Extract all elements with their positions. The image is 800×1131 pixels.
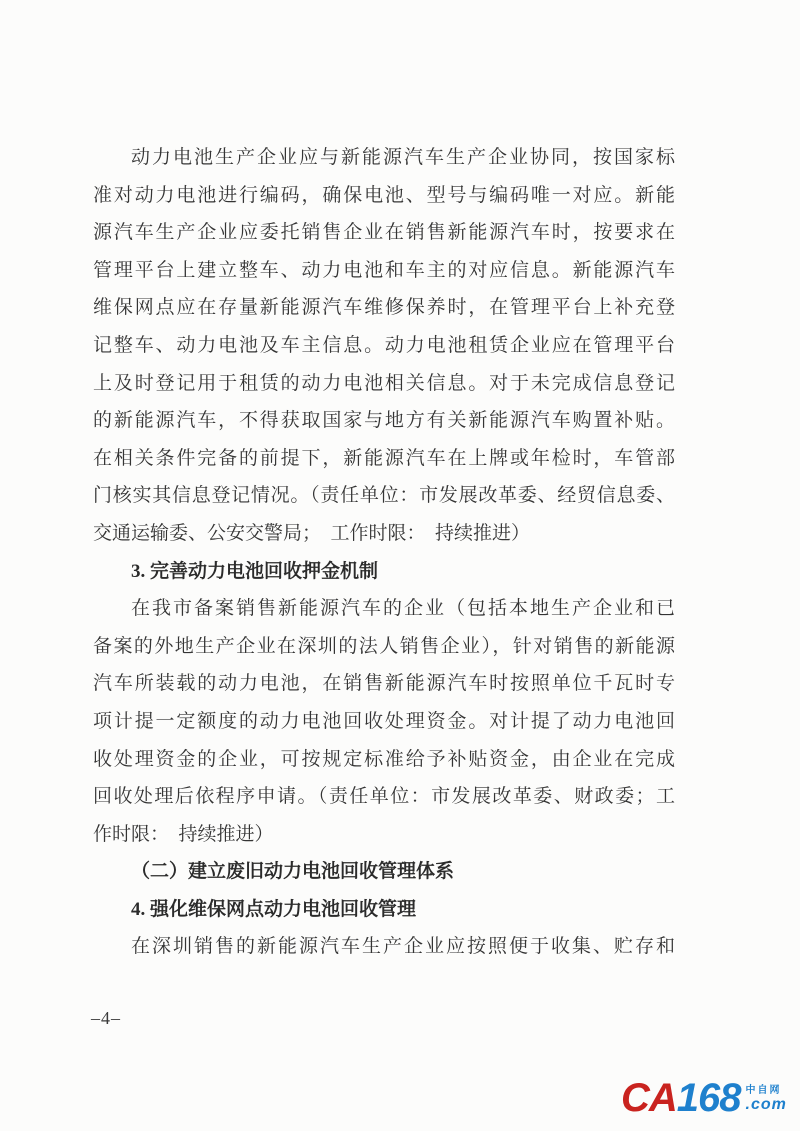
page-number: –4–	[91, 1008, 121, 1029]
heading-line: （二）建立废旧动力电池回收管理体系	[93, 853, 675, 891]
text-line: 在我市备案销售新能源汽车的企业（包括本地生产企业和已	[93, 590, 675, 628]
heading-line: 4. 强化维保网点动力电池回收管理	[93, 891, 675, 929]
text-line: 项计提一定额度的动力电池回收处理资金。对计提了动力电池回	[93, 703, 675, 741]
logo-wordmark: CA168	[621, 1082, 741, 1114]
logo-168-text: 168	[677, 1076, 741, 1120]
heading-line: 3. 完善动力电池回收押金机制	[93, 553, 675, 591]
document-page: 动力电池生产企业应与新能源汽车生产企业协同，按国家标准对动力电池进行编码，确保电…	[0, 0, 800, 1131]
text-line: 维保网点应在存量新能源汽车维修保养时，在管理平台上补充登	[93, 289, 675, 327]
logo-ca-text: CA	[621, 1076, 677, 1120]
text-line: 管理平台上建立整车、动力电池和车主的对应信息。新能源汽车	[93, 252, 675, 290]
text-line: 交通运输委、公安交警局； 工作时限： 持续推进）	[93, 515, 675, 553]
text-line: 备案的外地生产企业在深圳的法人销售企业），针对销售的新能源	[93, 628, 675, 666]
document-body: 动力电池生产企业应与新能源汽车生产企业协同，按国家标准对动力电池进行编码，确保电…	[93, 139, 675, 966]
logo-suffix-stack: 中自网 .com	[746, 1085, 787, 1114]
text-line: 上及时登记用于租赁的动力电池相关信息。对于未完成信息登记	[93, 365, 675, 403]
logo-domain: .com	[746, 1097, 787, 1113]
text-line: 在深圳销售的新能源汽车生产企业应按照便于收集、贮存和	[93, 928, 675, 966]
text-line: 门核实其信息登记情况。（责任单位：市发展改革委、经贸信息委、	[93, 477, 675, 515]
text-line: 的新能源汽车，不得获取国家与地方有关新能源汽车购置补贴。	[93, 402, 675, 440]
text-line: 动力电池生产企业应与新能源汽车生产企业协同，按国家标	[93, 139, 675, 177]
ca168-logo: CA168 中自网 .com	[621, 1082, 787, 1114]
text-line: 记整车、动力电池及车主信息。动力电池租赁企业应在管理平台	[93, 327, 675, 365]
text-line: 在相关条件完备的前提下，新能源汽车在上牌或年检时，车管部	[93, 440, 675, 478]
text-line: 汽车所装载的动力电池，在销售新能源汽车时按照单位千瓦时专	[93, 665, 675, 703]
text-line: 收处理资金的企业，可按规定标准给予补贴资金，由企业在完成	[93, 741, 675, 779]
text-line: 作时限： 持续推进）	[93, 816, 675, 854]
text-line: 回收处理后依程序申请。（责任单位：市发展改革委、财政委；工	[93, 778, 675, 816]
text-line: 准对动力电池进行编码，确保电池、型号与编码唯一对应。新能	[93, 177, 675, 215]
text-line: 源汽车生产企业应委托销售企业在销售新能源汽车时，按要求在	[93, 214, 675, 252]
